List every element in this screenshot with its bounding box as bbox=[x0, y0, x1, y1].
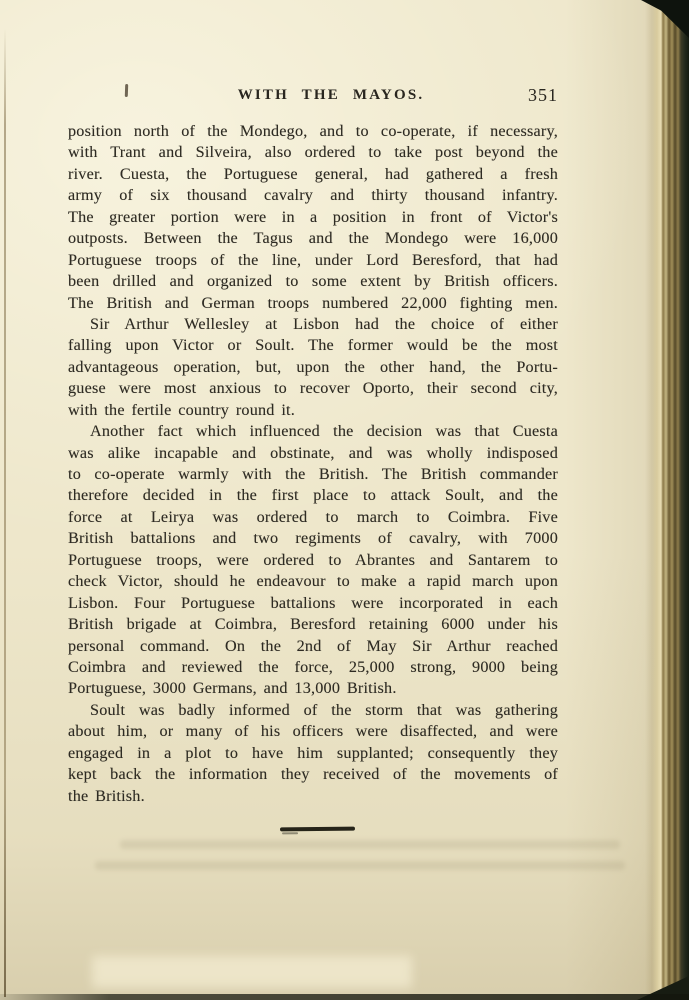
text-line: British brigade at Coimbra, Beresford re… bbox=[68, 614, 558, 635]
text-line: falling upon Victor or Soult. The former… bbox=[68, 335, 558, 356]
section-divider-rule bbox=[280, 827, 355, 832]
text-line: Coimbra and reviewed the force, 25,000 s… bbox=[68, 657, 558, 678]
paragraph: position north of the Mondego, and to co… bbox=[68, 121, 558, 314]
text-line: army of six thousand cavalry and thirty … bbox=[68, 185, 558, 206]
text-line: position north of the Mondego, and to co… bbox=[68, 121, 558, 142]
text-line: advantageous operation, but, upon the ot… bbox=[68, 357, 558, 378]
page-body: position north of the Mondego, and to co… bbox=[68, 121, 558, 807]
text-line: Soult was badly informed of the storm th… bbox=[68, 700, 558, 721]
text-line: with the fertile country round it. bbox=[68, 400, 558, 421]
text-line: with Trant and Silveira, also ordered to… bbox=[68, 142, 558, 163]
text-line: The British and German troops numbered 2… bbox=[68, 293, 558, 314]
text-line: force at Leirya was ordered to march to … bbox=[68, 507, 558, 528]
paragraph: Sir Arthur Wellesley at Lisbon had the c… bbox=[68, 314, 558, 421]
book-page-scan: WITH THE MAYOS. 351 position north of th… bbox=[0, 0, 689, 1000]
text-line: Lisbon. Four Portuguese battalions were … bbox=[68, 593, 558, 614]
text-line: check Victor, should he endeavour to mak… bbox=[68, 571, 558, 592]
text-line: was alike incapable and obstinate, and w… bbox=[68, 443, 558, 464]
page-number: 351 bbox=[528, 85, 558, 106]
book-left-edge-line bbox=[4, 28, 6, 997]
running-title: WITH THE MAYOS. bbox=[68, 87, 558, 104]
text-line: kept back the information they received … bbox=[68, 764, 558, 785]
text-line: Portuguese, 3000 Germans, and 13,000 Bri… bbox=[68, 678, 558, 699]
text-line: Portuguese troops of the line, under Lor… bbox=[68, 250, 558, 271]
text-line: engaged in a plot to have him supplanted… bbox=[68, 743, 558, 764]
text-line: the British. bbox=[68, 786, 558, 807]
text-line: Portuguese troops, were ordered to Abran… bbox=[68, 550, 558, 571]
text-line: The greater portion were in a position i… bbox=[68, 207, 558, 228]
text-line: Sir Arthur Wellesley at Lisbon had the c… bbox=[68, 314, 558, 335]
text-line: about him, or many of his officers were … bbox=[68, 721, 558, 742]
text-line: therefore decided in the first place to … bbox=[68, 485, 558, 506]
page-content: WITH THE MAYOS. 351 position north of th… bbox=[68, 0, 558, 1000]
text-line: to co-operate warmly with the British. T… bbox=[68, 464, 558, 485]
paragraph: Soult was badly informed of the storm th… bbox=[68, 700, 558, 807]
text-line: personal command. On the 2nd of May Sir … bbox=[68, 636, 558, 657]
text-line: guese were most anxious to recover Oport… bbox=[68, 378, 558, 399]
text-line: Another fact which influenced the decisi… bbox=[68, 421, 558, 442]
text-line: been drilled and organized to some exten… bbox=[68, 271, 558, 292]
book-page-edges bbox=[645, 0, 689, 1000]
text-line: river. Cuesta, the Portuguese general, h… bbox=[68, 164, 558, 185]
text-line: British battalions and two regiments of … bbox=[68, 528, 558, 549]
paragraph: Another fact which influenced the decisi… bbox=[68, 421, 558, 700]
text-line: outposts. Between the Tagus and the Mond… bbox=[68, 228, 558, 249]
